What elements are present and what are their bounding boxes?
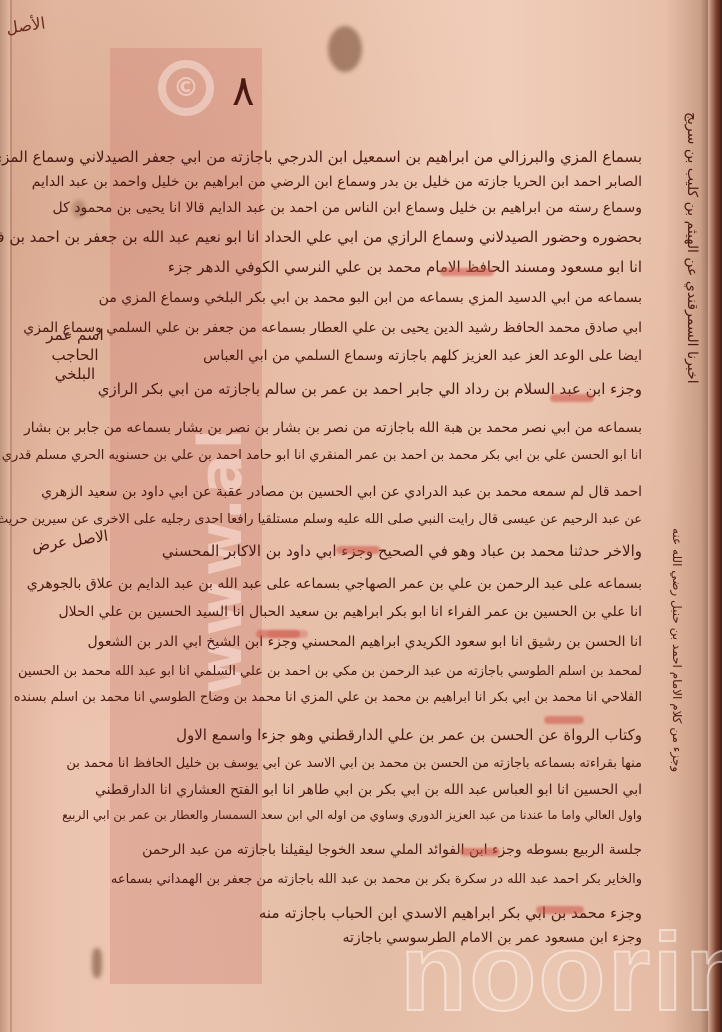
text-line: ابي الحسين انا ابو العباس عبد الله بن اب… <box>95 782 642 798</box>
vertical-watermark-text: www.al <box>186 425 256 695</box>
right-margin-note-top: اخبرنا السمرقندي عن الهيثم بن كليب بن سر… <box>684 112 700 384</box>
text-line: انا ابو الحسن علي بن ابي بكر محمد بن احم… <box>0 448 642 463</box>
left-margin-note-1: اسم عمر الحاجب البلخي <box>30 326 120 385</box>
rubric-mark <box>268 630 308 638</box>
text-line: واول العالي واما ما عندنا من عبد العزيز … <box>62 808 642 822</box>
rubric-mark <box>440 268 494 276</box>
rubric-mark <box>550 394 594 402</box>
noorin-watermark: noorin <box>400 918 722 1028</box>
text-line: انا الحسن بن رشيق انا ابو سعود الكريدي ا… <box>87 634 642 650</box>
text-line: منها بقراءته بسماعه باجازته من الحسن بن … <box>66 756 642 771</box>
top-left-note: الأصل <box>5 13 47 37</box>
text-line: والاخر حدثنا محمد بن عباد وهو في الصحيح … <box>162 542 642 560</box>
text-line: انا علي بن الحسين بن عمر الفراء انا ابو … <box>58 604 642 620</box>
text-line: بسماعه من ابي نصر محمد بن هبة الله باجاز… <box>24 420 642 436</box>
text-line: وسماع رسته من ابراهيم بن خليل وسماع ابن … <box>53 200 642 216</box>
text-line: الصابر احمد ابن الحريا جازته من خليل بن … <box>32 174 642 190</box>
rubric-mark <box>336 546 380 554</box>
text-line: احمد قال لم سمعه محمد بن عبد الدرادي عن … <box>41 484 642 500</box>
ink-stain-bottom <box>92 948 102 978</box>
binding-edge <box>708 0 722 1032</box>
rubric-mark <box>544 716 584 724</box>
folio-number: ٨ <box>232 66 255 115</box>
text-line: بسماعه من ابي الدسيد المزي بسماعه من ابن… <box>99 290 642 306</box>
rubric-mark <box>460 848 500 856</box>
text-line: لمحمد بن اسلم الطوسي باجازته من عبد الرح… <box>18 664 642 679</box>
left-margin-note-2: الاصل عرض <box>27 526 113 557</box>
text-line: ايضا على الوعد العز عبد العزيز كلهم باجا… <box>203 348 642 364</box>
text-line: بسماع المزي والبرزالي من ابراهيم بن اسمع… <box>0 148 642 166</box>
text-line: الفلاحي انا محمد بن ابي بكر انا ابراهيم … <box>14 690 642 705</box>
right-margin-note-bottom: وجزء من كلام الامام احمد بن حنبل رضي الل… <box>670 528 684 772</box>
text-line: والخاير بكر احمد عبد الله در سكرة بكر بن… <box>111 872 642 887</box>
copyright-icon: © <box>158 60 214 116</box>
text-line: بسماعه على عبد الرحمن بن علي بن عمر الصه… <box>27 576 642 592</box>
ink-stain-top <box>328 26 362 72</box>
text-line: عن عبد الرحيم عن عيسى قال رايت النبي صلى… <box>0 512 642 527</box>
text-line: وكتاب الرواة عن الحسن بن عمر بن علي الدا… <box>176 726 642 744</box>
text-line: بحضوره وحضور الصيدلاني وسماع الرازي من ا… <box>0 228 642 246</box>
text-line: انا ابو مسعود ومسند الحافظ الامام محمد ب… <box>168 258 642 276</box>
text-line: جلسة الربيع بسوطه وجزء ابن الفوائد الملي… <box>142 842 642 858</box>
manuscript-page: © www.al الأصل ٨ بسماع المزي والبرزالي م… <box>0 0 722 1032</box>
